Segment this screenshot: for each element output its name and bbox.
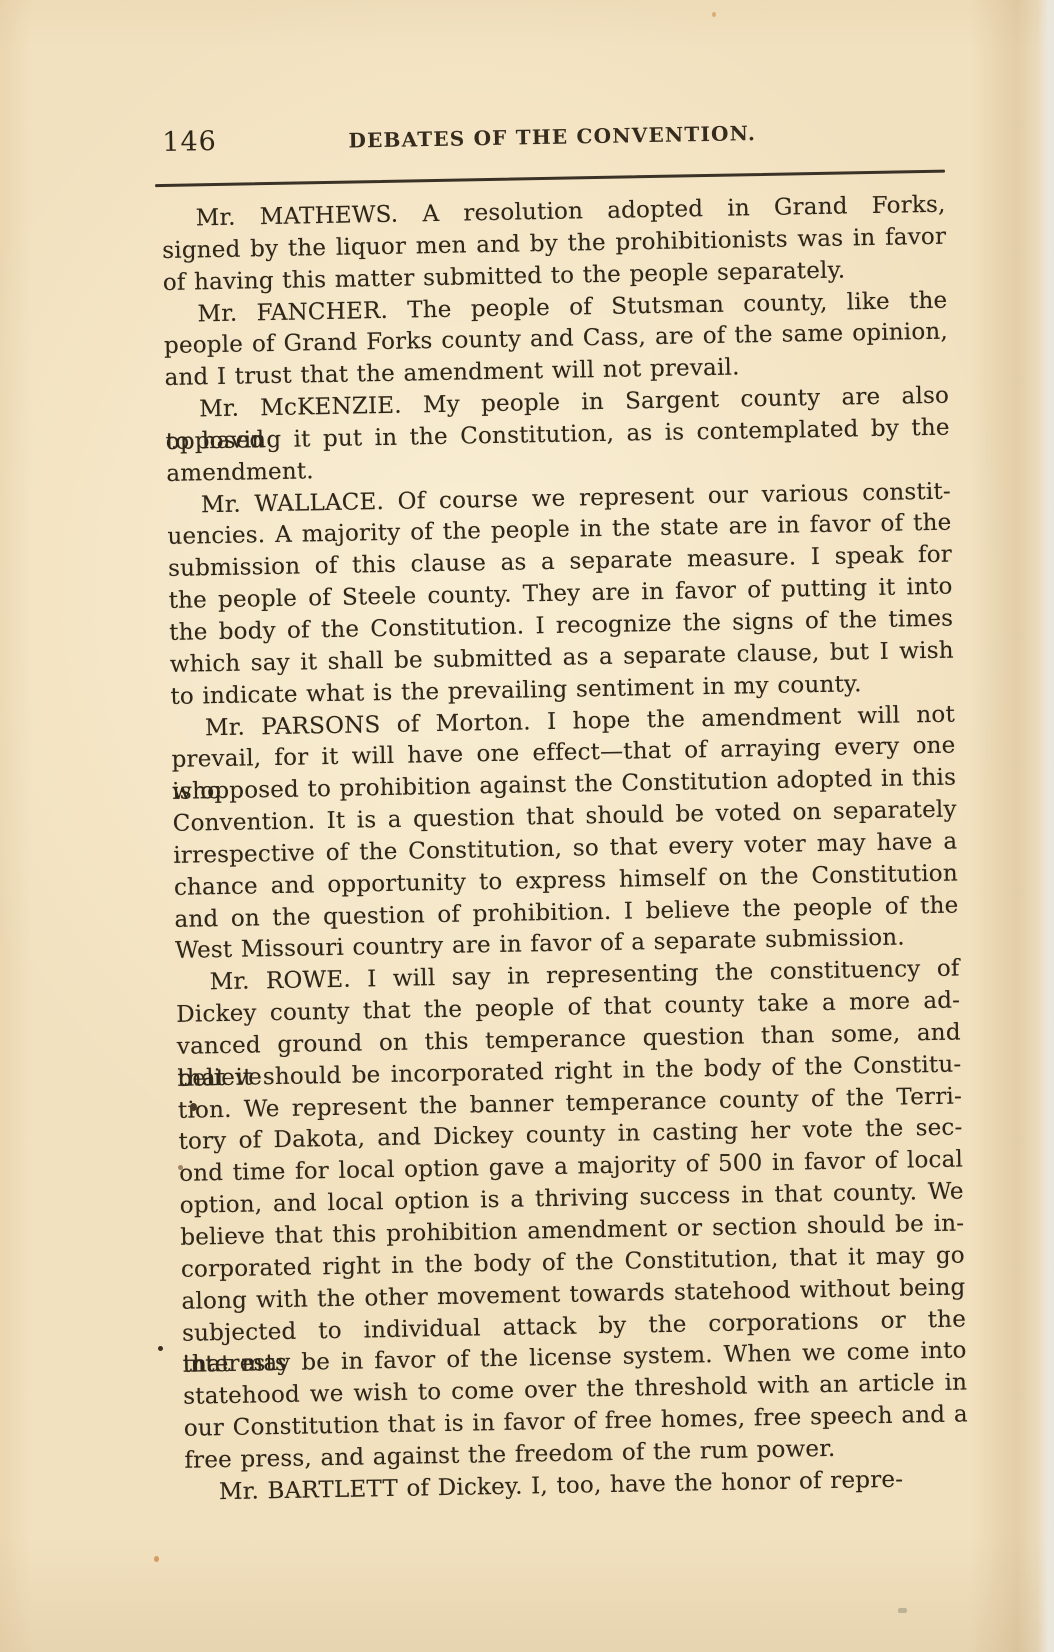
ink-speck bbox=[898, 1608, 907, 1613]
ink-speck bbox=[158, 1346, 163, 1351]
book-page: 146 DEBATES OF THE CONVENTION. Mr. MATHE… bbox=[0, 0, 1054, 1652]
header-rule bbox=[155, 170, 945, 187]
ink-speck bbox=[190, 1103, 197, 1111]
running-header: DEBATES OF THE CONVENTION. bbox=[160, 118, 944, 156]
ink-speck bbox=[154, 1556, 159, 1562]
ink-speck bbox=[712, 12, 716, 17]
page-text: Mr. MATHEWS. A resolution adopted in Gra… bbox=[161, 190, 969, 1510]
page-content: 146 DEBATES OF THE CONVENTION. Mr. MATHE… bbox=[160, 112, 944, 126]
ink-speck bbox=[178, 1165, 183, 1170]
